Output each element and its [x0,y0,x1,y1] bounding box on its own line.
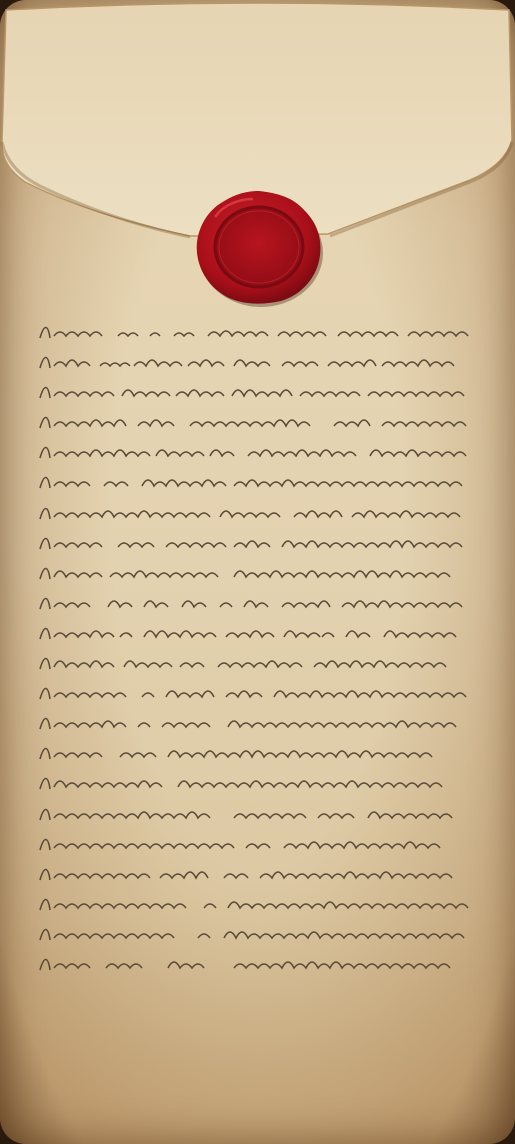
envelope-paper [0,0,515,1144]
handwriting-line [38,623,478,653]
handwriting-line [38,743,478,773]
handwriting-line [38,834,478,864]
handwriting-line [38,683,478,713]
handwriting-line [38,894,478,924]
wax-seal [193,187,325,307]
handwriting-line [38,412,478,442]
handwriting-line [38,773,478,803]
handwriting-line [38,713,478,743]
handwriting-line [38,593,478,623]
handwriting-line [38,322,478,352]
handwriting-line [38,653,478,683]
handwriting-line [38,563,478,593]
handwriting-line [38,442,478,472]
handwriting-line [38,954,478,984]
handwriting-line [38,382,478,412]
handwriting-line [38,352,478,382]
handwriting-line [38,804,478,834]
handwriting-line [38,864,478,894]
handwriting-block [38,322,478,984]
handwriting-line [38,924,478,954]
handwriting-line [38,472,478,502]
handwriting-line [38,533,478,563]
handwriting-line [38,503,478,533]
